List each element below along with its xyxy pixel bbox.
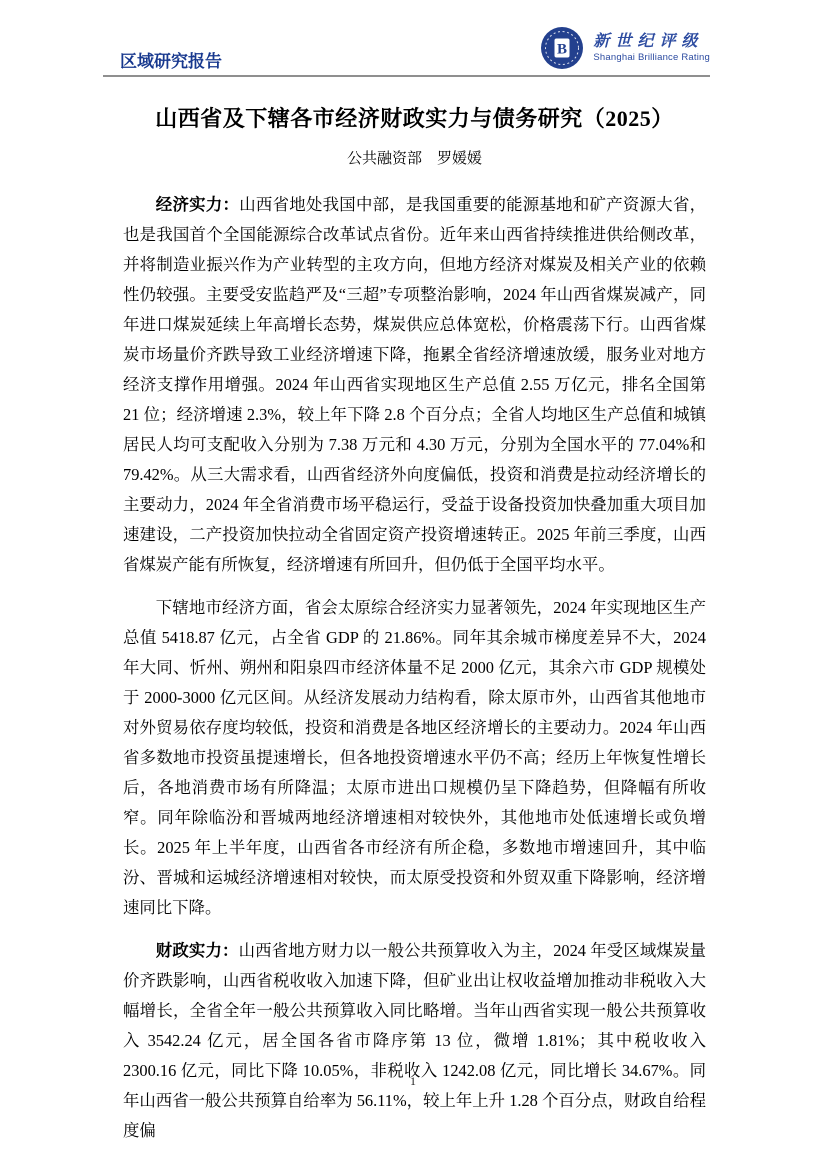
paragraph-text: 下辖地市经济方面，省会太原综合经济实力显著领先，2024 年实现地区生产总值 5… — [123, 598, 706, 917]
page-footer: 1 — [0, 1074, 826, 1089]
brand-logo: B 新世纪评级 Shanghai Brilliance Rating — [540, 26, 710, 70]
document-body: 山西省及下辖各市经济财政实力与债务研究（2025） 公共融资部 罗媛媛 经济实力… — [123, 104, 706, 1146]
report-type-label: 区域研究报告 — [120, 52, 222, 72]
body-text: 经济实力：山西省地处我国中部，是我国重要的能源基地和矿产资源大省，也是我国首个全… — [123, 190, 706, 1146]
document-title: 山西省及下辖各市经济财政实力与债务研究（2025） — [123, 104, 706, 134]
page-header: 区域研究报告 B 新世纪评级 Shanghai Brilliance Ratin… — [103, 0, 710, 77]
paragraph-text: 山西省地方财力以一般公共预算收入为主，2024 年受区域煤炭量价齐跌影响，山西省… — [123, 941, 706, 1140]
report-page: 区域研究报告 B 新世纪评级 Shanghai Brilliance Ratin… — [0, 0, 826, 1169]
paragraph-text: 山西省地处我国中部，是我国重要的能源基地和矿产资源大省，也是我国首个全国能源综合… — [123, 195, 706, 574]
paragraph-lead: 经济实力： — [156, 195, 239, 214]
paragraph-lead: 财政实力： — [156, 941, 239, 960]
brand-name-cn: 新世纪评级 — [593, 32, 710, 52]
brand-emblem-icon: B — [540, 26, 584, 70]
paragraph-economic-strength: 经济实力：山西省地处我国中部，是我国重要的能源基地和矿产资源大省，也是我国首个全… — [123, 190, 706, 580]
paragraph-fiscal-strength: 财政实力：山西省地方财力以一般公共预算收入为主，2024 年受区域煤炭量价齐跌影… — [123, 936, 706, 1146]
brand-name-en: Shanghai Brilliance Rating — [593, 52, 710, 64]
brand-wordmark: 新世纪评级 Shanghai Brilliance Rating — [593, 32, 710, 64]
svg-text:B: B — [557, 42, 567, 58]
byline: 公共融资部 罗媛媛 — [123, 149, 706, 169]
paragraph-city-economy: 下辖地市经济方面，省会太原综合经济实力显著领先，2024 年实现地区生产总值 5… — [123, 593, 706, 923]
page-number: 1 — [410, 1074, 416, 1088]
